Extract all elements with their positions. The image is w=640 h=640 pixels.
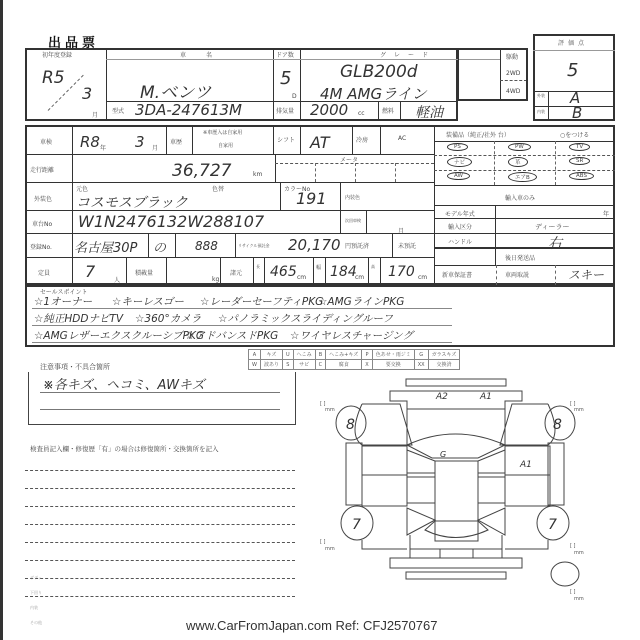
sales-point: ☆AMGラインPKG [318, 294, 404, 309]
sales-point: ☆アドバンスドPKG [185, 328, 278, 343]
footer-label: 内装 [30, 605, 38, 611]
later-key: スキー [568, 266, 604, 283]
chassis-value: W1N2476132W288107 [78, 212, 264, 231]
make-value: M.ベンツ [140, 78, 211, 103]
make-label: 車名 [180, 50, 232, 59]
height-value: 170 [388, 264, 415, 280]
first-reg-month: 3 [82, 84, 92, 103]
sales-point: ☆パノラミックスライディングルーフ [218, 311, 393, 326]
equipment-item: PW [508, 143, 531, 151]
watermark: www.CarFromJapan.com Ref: CFJ2570767 [186, 618, 437, 633]
equipment-item: 革 [508, 157, 528, 167]
equipment-item: エアB [508, 172, 537, 182]
svg-text:A1: A1 [519, 460, 532, 470]
svg-text:[ ]: [ ] [320, 539, 326, 545]
sales-point: ☆ワイヤレスチャージング [290, 328, 413, 343]
equipment-item: ABS [569, 172, 594, 180]
equipment-item: TV [569, 143, 590, 151]
svg-text:mm: mm [574, 407, 584, 413]
first-reg-year: R5 [42, 68, 65, 88]
import-type-value: ディーラー [535, 222, 569, 232]
scan-edge [0, 0, 3, 640]
reg-number: 888 [195, 239, 218, 253]
svg-text:7: 7 [548, 517, 557, 533]
sales-point: ☆1オーナー [34, 294, 92, 309]
doors-value: 5 [280, 68, 291, 89]
sales-point: ☆AMGレザーエクスクルーシブPKG [34, 328, 204, 343]
svg-text:mm: mm [325, 546, 335, 552]
reg-kana: の [153, 237, 166, 256]
svg-text:G: G [440, 450, 446, 459]
svg-text:8: 8 [553, 417, 562, 433]
handle-value: 右 [548, 233, 562, 253]
model-code-value: 3DA-247613M [135, 101, 242, 119]
mileage-value: 36,727 [172, 161, 231, 181]
reg-area: 名古屋30P [74, 237, 137, 256]
sales-point: ☆レーダーセーフティPKG [200, 294, 323, 309]
svg-text:[ ]: [ ] [570, 543, 576, 549]
capacity-value: 7 [85, 262, 95, 281]
sales-point: ☆360°カメラ [135, 311, 201, 326]
equipment-item: AW [447, 172, 470, 180]
sales-point: ☆キーレスゴー [112, 294, 184, 309]
defect-legend: AキズUへこみBへこみ+キズP色あせ・雨ジミGガラスキズW波ありSサビC腐食X要… [248, 349, 460, 370]
first-reg-label: 初年度登録 [42, 50, 72, 59]
displacement-value: 2000 [310, 101, 348, 119]
color-value: コスモスブラック [76, 192, 188, 212]
sales-point: ☆純正HDDナビTV [34, 311, 123, 326]
svg-text:A2: A2 [435, 392, 448, 402]
footer-label: 下回り [30, 590, 42, 596]
svg-text:8: 8 [346, 417, 355, 433]
footer-label: ボディ [30, 575, 42, 581]
svg-text:7: 7 [352, 517, 361, 533]
width-value: 184 [330, 264, 357, 280]
length-value: 465 [270, 264, 297, 280]
equipment-item: PS [447, 143, 468, 151]
inspection-year: R8 [80, 133, 100, 151]
svg-text:[ ]: [ ] [570, 589, 576, 595]
fuel-value: 軽油 [415, 102, 443, 122]
notes-text: ※各キズ、ヘコミ、AWキズ [43, 374, 205, 393]
grade-line1: GLB200d [340, 62, 418, 82]
shift-value: AT [310, 133, 330, 152]
svg-text:mm: mm [574, 596, 584, 602]
recycle-value: 20,170 [288, 236, 341, 254]
score-value: 5 [567, 60, 578, 81]
svg-text:mm: mm [574, 550, 584, 556]
inspection-month: 3 [135, 133, 145, 151]
interior-grade: B [572, 104, 582, 122]
svg-text:mm: mm [325, 407, 335, 413]
equipment-label: 装備品（純正/社外 台） [446, 130, 510, 139]
car-damage-diagram: [ ]mm [ ]mm [ ]mm [ ]mm [ ]mm A2 A1 G A1… [300, 375, 640, 625]
equipment-item: ナビ [447, 157, 472, 167]
color-number: 191 [296, 189, 327, 208]
footer-label: その他 [30, 620, 42, 626]
svg-text:A1: A1 [479, 392, 492, 402]
